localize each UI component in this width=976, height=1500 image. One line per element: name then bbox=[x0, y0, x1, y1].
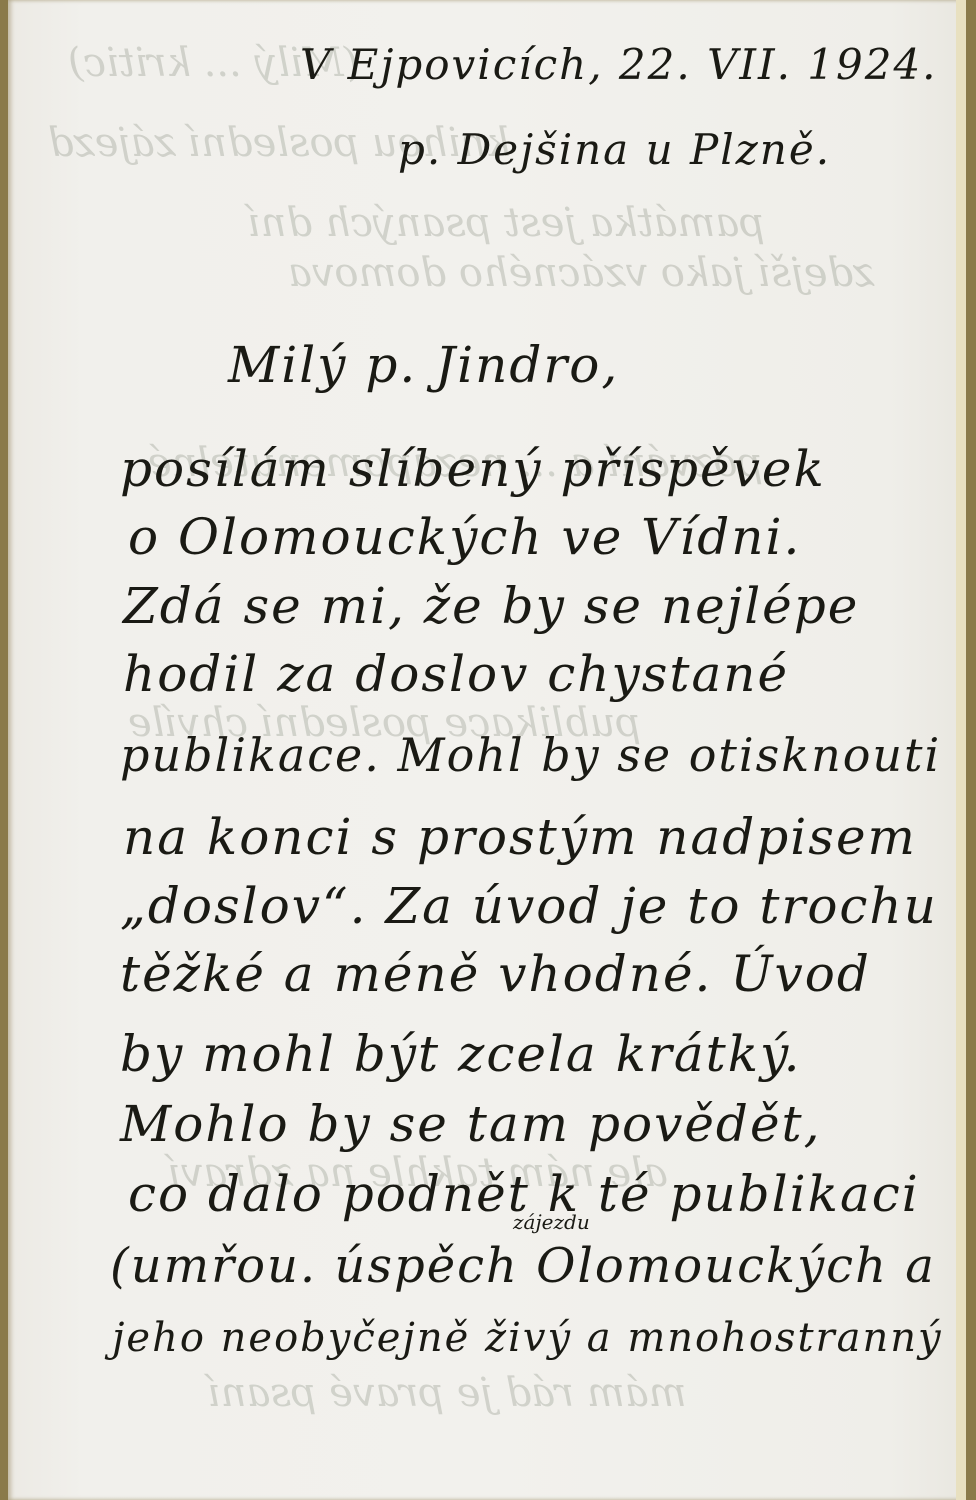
letter-line: Zdá se mi, že by se nejlépe bbox=[123, 577, 859, 635]
letter-line: „doslov“. Za úvod je to trochu bbox=[120, 877, 938, 935]
letter-line: Mohlo by se tam povědět, bbox=[120, 1095, 822, 1153]
letter-line: jeho neobyčejně živý a mnohostranný bbox=[112, 1315, 943, 1361]
letter-line: těžké a méně vhodné. Úvod bbox=[120, 945, 871, 1003]
letter-line: na konci s prostým nadpisem bbox=[123, 808, 917, 866]
interlinear-insert: zájezdu bbox=[513, 1210, 590, 1234]
letter-line: hodil za doslov chystané bbox=[123, 645, 789, 703]
letter-line: publikace. Mohl by se otisknouti bbox=[120, 728, 941, 782]
letter-line: o Olomouckých ve Vídni. bbox=[128, 508, 801, 566]
bleed-through-text: památka jest psaných dní bbox=[248, 200, 765, 246]
letter-place-date: V Ejpovicích, 22. VII. 1924. bbox=[300, 40, 938, 89]
letter-salutation: Milý p. Jindro, bbox=[228, 336, 619, 394]
bleed-through-text: mám rád je pravé psaní bbox=[208, 1370, 687, 1416]
letter-address: p. Dejšina u Plzně. bbox=[398, 125, 831, 174]
letter-page: (Milý ... kritic) knihou poslední zájezd… bbox=[8, 0, 966, 1500]
page-edge bbox=[956, 0, 966, 1500]
letter-line: by mohl být zcela krátký. bbox=[120, 1025, 802, 1083]
letter-line: (umřou. úspěch Olomouckých a bbox=[110, 1238, 936, 1294]
bleed-through-text: zdejší jako vzácného domova bbox=[288, 250, 874, 296]
letter-line: posílám slíbený příspěvek bbox=[120, 440, 826, 498]
